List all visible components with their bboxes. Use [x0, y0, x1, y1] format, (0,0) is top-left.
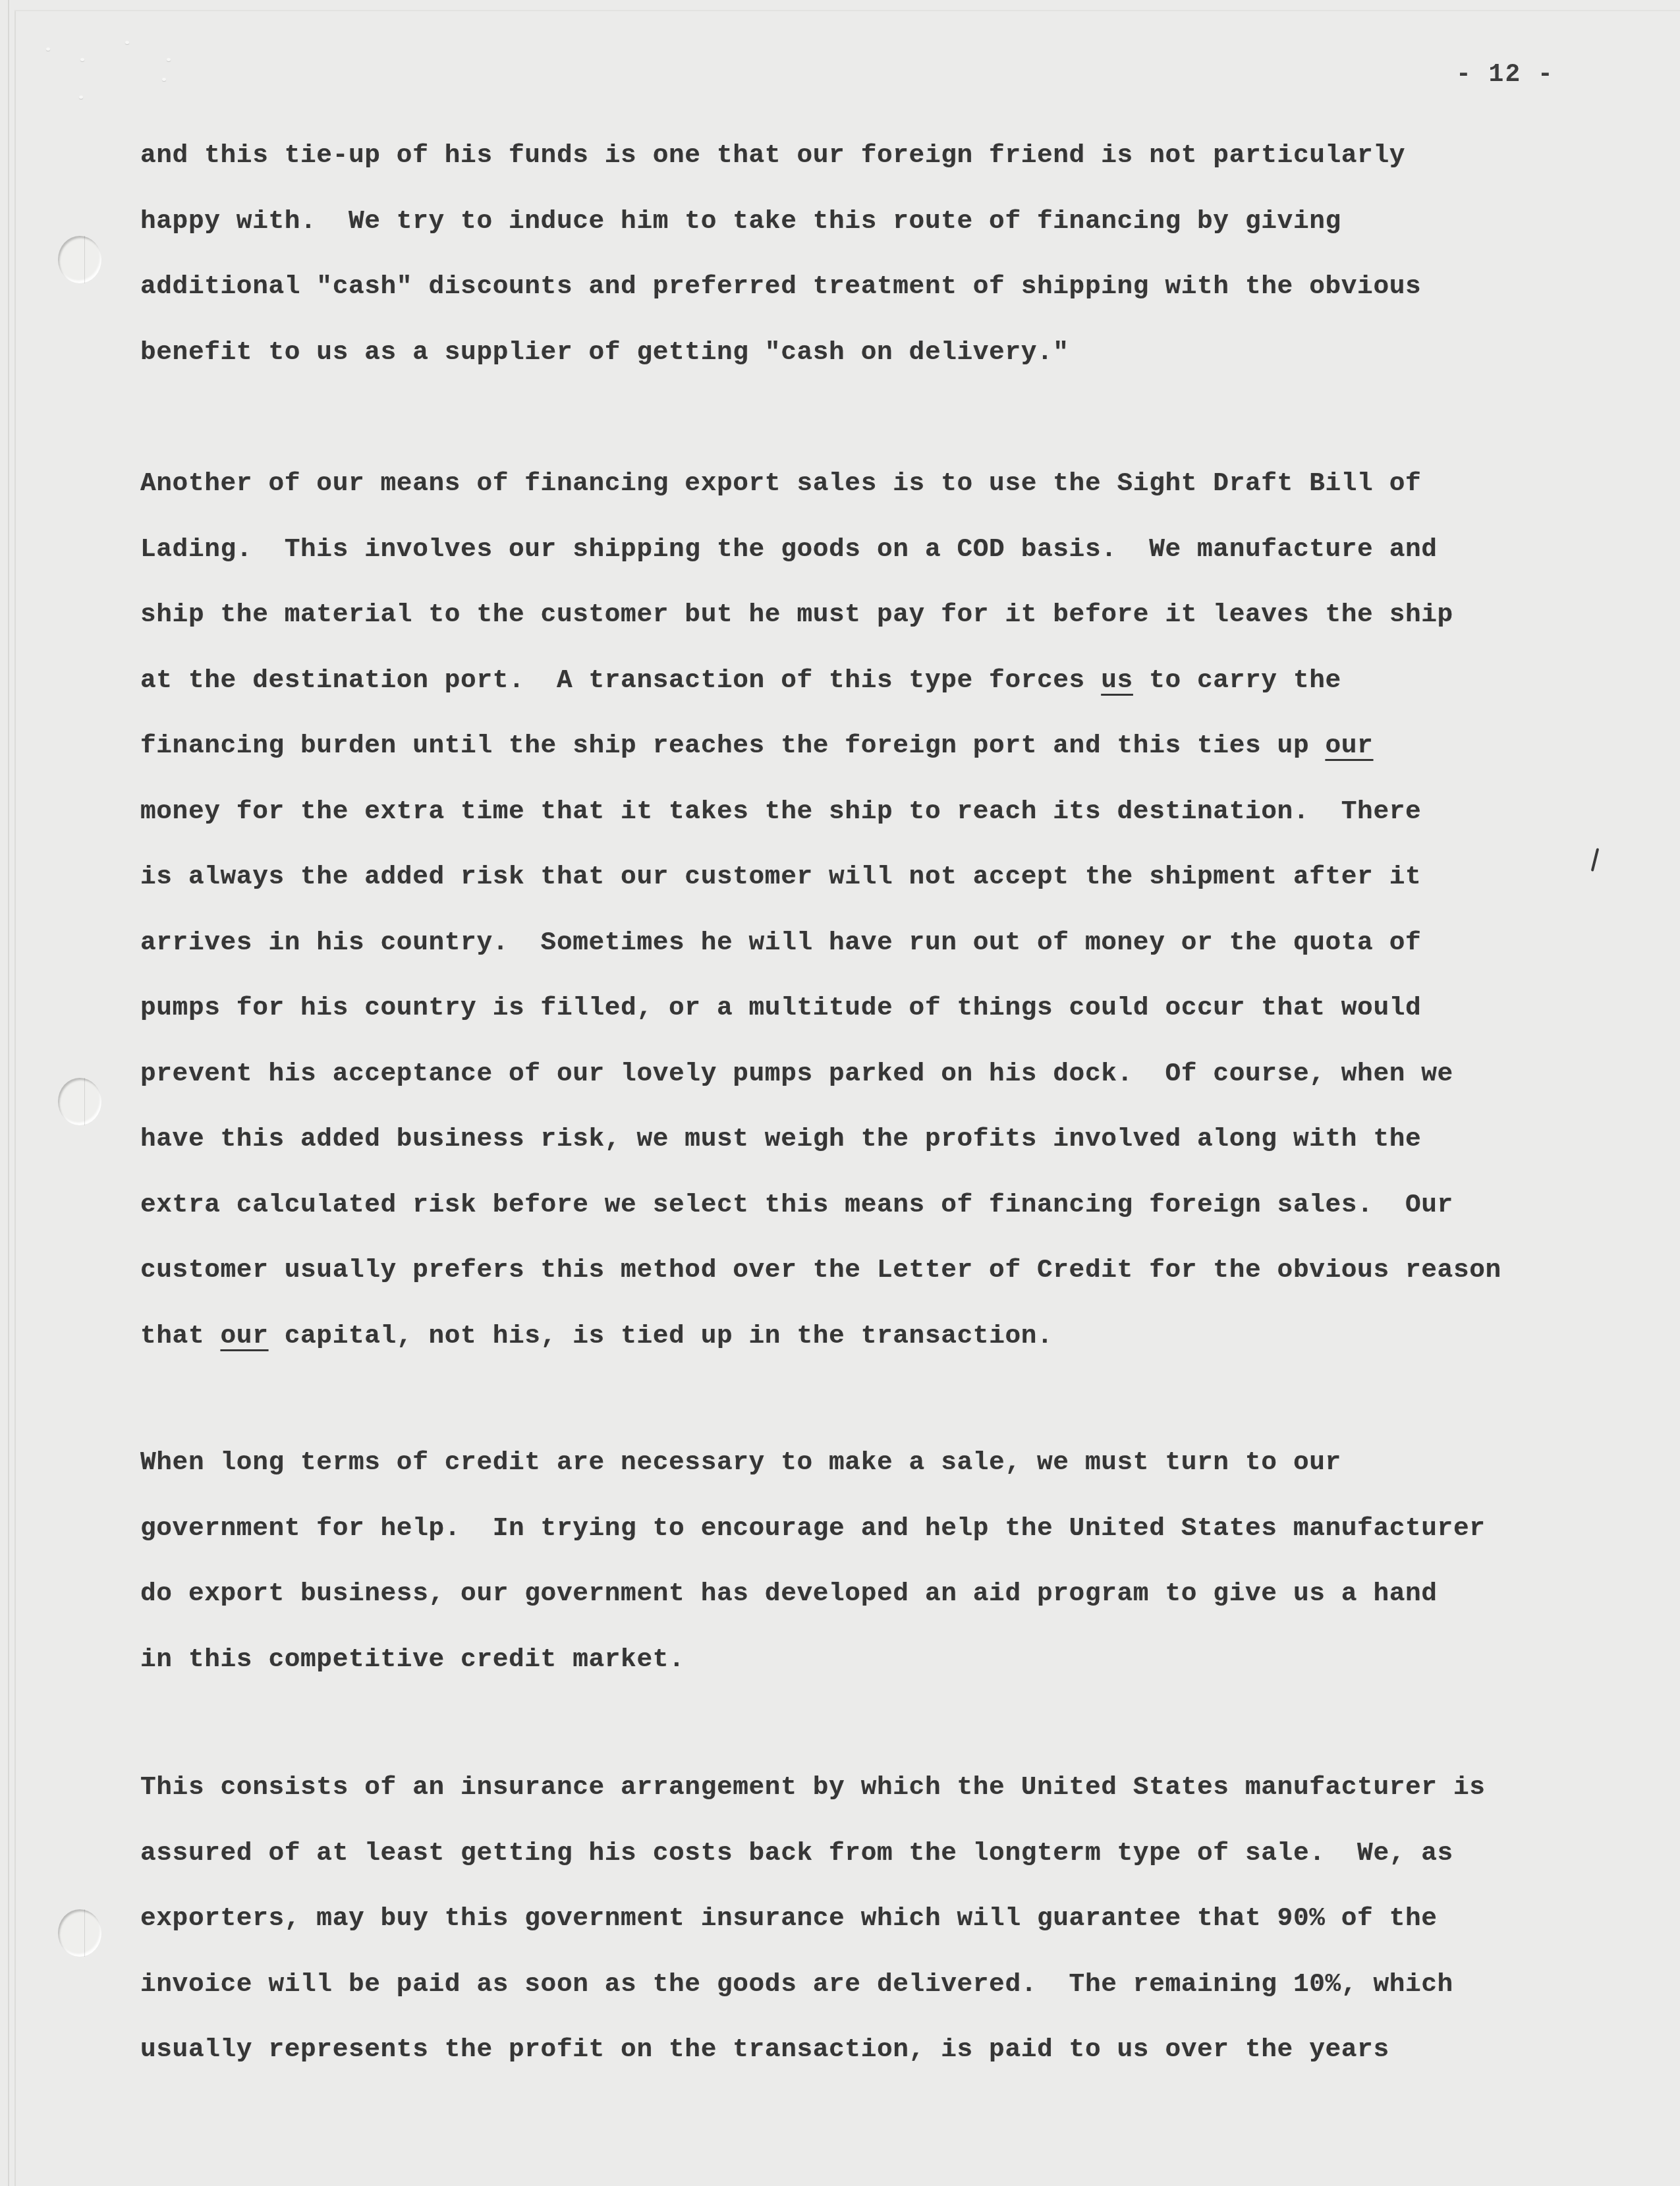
text-line: do export business, our government has d…	[140, 1561, 1590, 1627]
paper-dent	[125, 41, 129, 44]
stray-pen-mark	[1591, 848, 1600, 872]
text-line: customer usually prefers this method ove…	[140, 1237, 1590, 1303]
paper-dent	[162, 78, 166, 81]
paragraph-4: This consists of an insurance arrangemen…	[140, 1754, 1590, 2083]
paper-dent	[167, 58, 171, 61]
text-line: and this tie-up of his funds is one that…	[140, 123, 1590, 188]
text-line: ship the material to the customer but he…	[140, 582, 1590, 648]
page-top-edge	[14, 10, 1680, 11]
underlined-word: our	[1326, 731, 1374, 760]
page-number: - 12 -	[1456, 61, 1554, 89]
binder-hole-middle	[58, 1078, 101, 1125]
paragraph-2: Another of our means of financing export…	[140, 451, 1590, 1368]
underlined-word: our	[221, 1321, 269, 1351]
binder-hole-top	[58, 236, 101, 283]
text-line: arrives in his country. Sometimes he wil…	[140, 910, 1590, 976]
text-line: usually represents the profit on the tra…	[140, 2017, 1590, 2083]
paper-dent	[46, 47, 50, 51]
text-line: at the destination port. A transaction o…	[140, 648, 1590, 714]
text-line: benefit to us as a supplier of getting "…	[140, 320, 1590, 385]
binder-hole-bottom	[58, 1909, 101, 1957]
page-edge	[8, 0, 9, 2186]
text-line: happy with. We try to induce him to take…	[140, 188, 1590, 254]
paper-dent	[80, 58, 84, 61]
text-line: in this competitive credit market.	[140, 1627, 1590, 1693]
text-line: extra calculated risk before we select t…	[140, 1172, 1590, 1238]
underlined-word: us	[1101, 665, 1133, 695]
text-line: is always the added risk that our custom…	[140, 844, 1590, 910]
text-line: have this added business risk, we must w…	[140, 1106, 1590, 1172]
paper-dent	[79, 96, 83, 99]
text-line: assured of at least getting his costs ba…	[140, 1820, 1590, 1886]
text-line: This consists of an insurance arrangemen…	[140, 1754, 1590, 1820]
text-line: Lading. This involves our shipping the g…	[140, 517, 1590, 582]
text-line: exporters, may buy this government insur…	[140, 1886, 1590, 1951]
text-line: financing burden until the ship reaches …	[140, 713, 1590, 779]
text-line: money for the extra time that it takes t…	[140, 779, 1590, 845]
text-line: When long terms of credit are necessary …	[140, 1430, 1590, 1496]
page-edge-inner	[14, 10, 16, 2186]
paragraph-1: and this tie-up of his funds is one that…	[140, 123, 1590, 385]
text-line: invoice will be paid as soon as the good…	[140, 1951, 1590, 2017]
text-line: prevent his acceptance of our lovely pum…	[140, 1041, 1590, 1107]
text-line: Another of our means of financing export…	[140, 451, 1590, 517]
text-line: that our capital, not his, is tied up in…	[140, 1303, 1590, 1369]
paragraph-3: When long terms of credit are necessary …	[140, 1430, 1590, 1692]
text-line: pumps for his country is filled, or a mu…	[140, 975, 1590, 1041]
text-line: additional "cash" discounts and preferre…	[140, 254, 1590, 320]
text-line: government for help. In trying to encour…	[140, 1496, 1590, 1561]
